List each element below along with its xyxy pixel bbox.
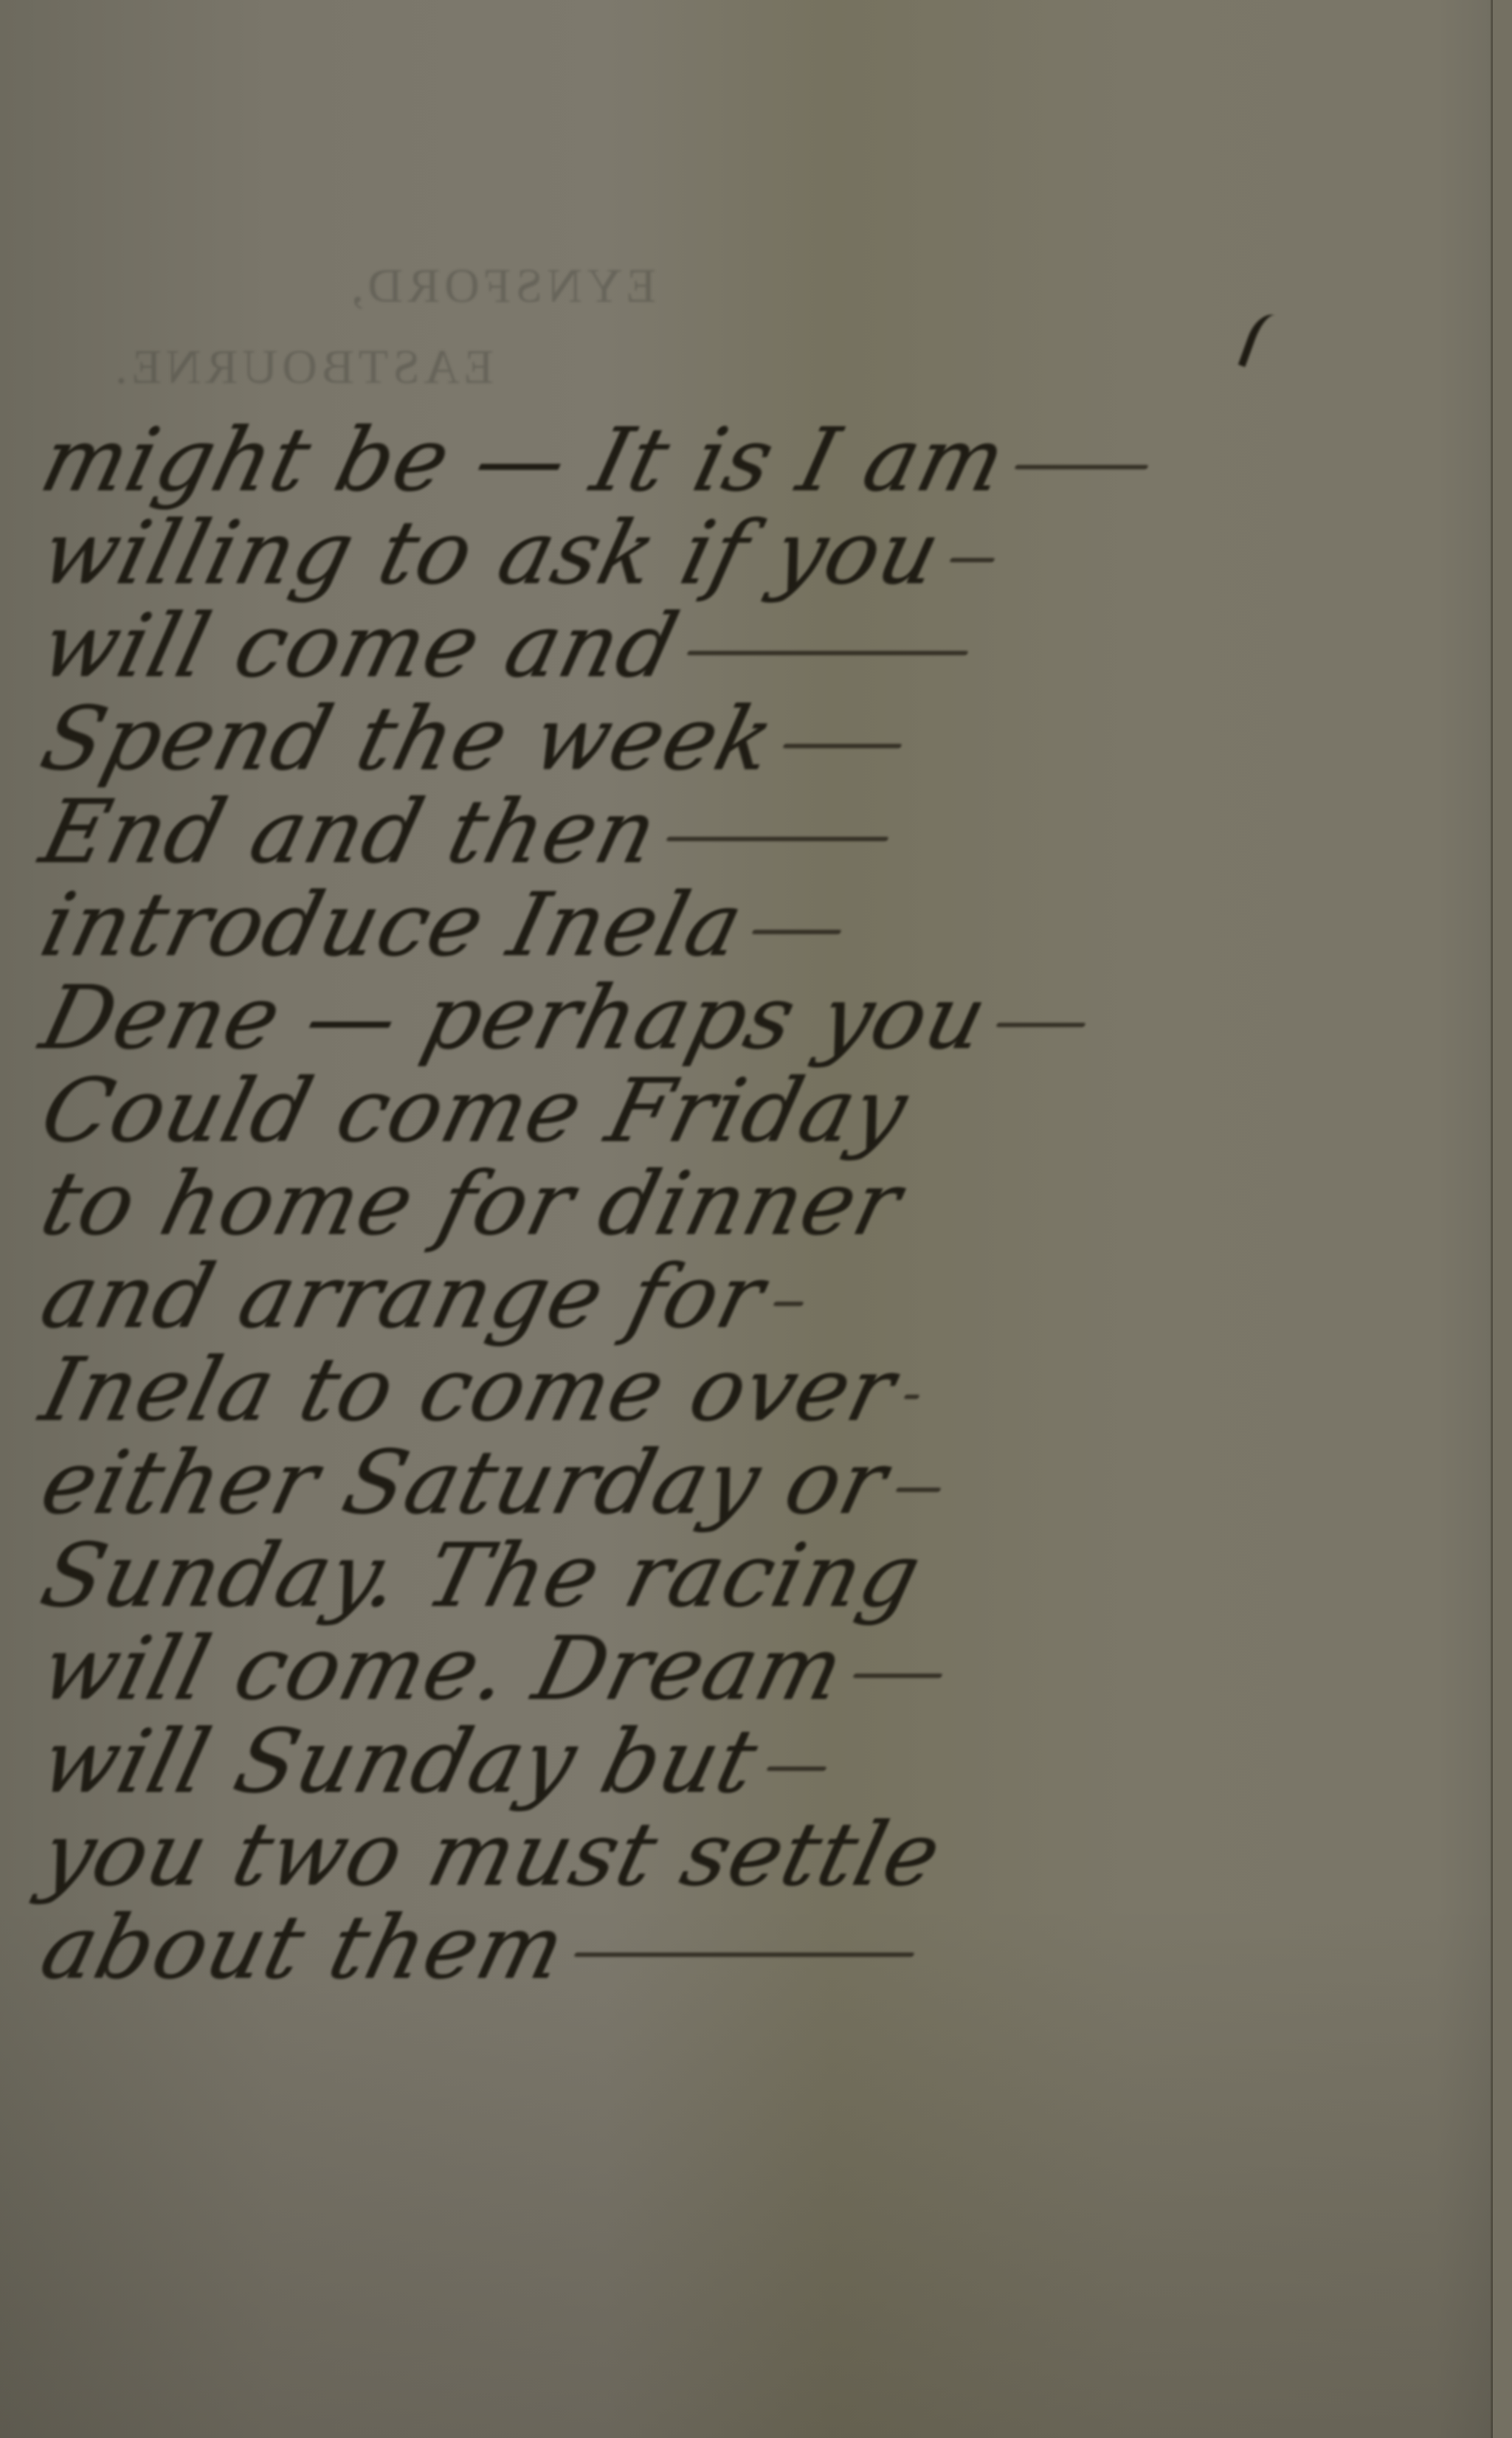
line-flourish	[904, 1395, 919, 1399]
line-text: Could come Friday	[32, 1060, 918, 1161]
handwritten-line: Sunday. The racing	[32, 1529, 1457, 1622]
line-flourish	[766, 1767, 826, 1771]
paper-edge-shade	[1493, 0, 1512, 2438]
line-text: will Sunday but	[32, 1710, 768, 1812]
handwritten-line: Inela to come over	[32, 1343, 1457, 1436]
handwritten-text-block: might be — It is I am willing to ask if …	[44, 413, 1446, 1994]
handwritten-line: introduce Inela	[32, 878, 1457, 971]
line-text: Spend the week	[32, 688, 785, 790]
line-flourish	[1015, 465, 1148, 469]
handwritten-line: Dene — perhaps you	[32, 971, 1457, 1064]
line-text: you two must settle	[32, 1803, 952, 1905]
line-flourish	[949, 558, 994, 562]
line-flourish	[995, 1023, 1085, 1027]
line-text: might be — It is I am	[32, 409, 1017, 511]
line-text: will come and	[32, 595, 688, 697]
line-flourish	[687, 651, 968, 655]
line-text: about them	[32, 1896, 576, 1998]
letterhead-showthrough-city: EASTBOURNE.	[111, 339, 494, 396]
handwritten-line: about them	[32, 1901, 1457, 1994]
handwritten-line: Could come Friday	[32, 1064, 1457, 1157]
line-flourish	[783, 744, 902, 748]
line-text: introduce Inela	[32, 874, 754, 975]
handwritten-line: will come and	[32, 599, 1457, 692]
line-flourish	[752, 930, 841, 934]
line-text: Inela to come over	[32, 1339, 906, 1440]
line-text: either Saturday or	[32, 1432, 898, 1533]
line-flourish	[666, 837, 888, 841]
line-text: Sunday. The racing	[32, 1524, 931, 1626]
handwritten-line: might be — It is I am	[32, 413, 1457, 506]
handwritten-line: Spend the week	[32, 692, 1457, 785]
line-text: End and then	[32, 781, 668, 883]
handwritten-line: and arrange for	[32, 1250, 1457, 1343]
handwritten-line: to home for dinner	[32, 1157, 1457, 1250]
line-flourish	[574, 1952, 914, 1957]
handwritten-line: will Sunday but	[32, 1715, 1457, 1808]
handwritten-line: End and then	[32, 785, 1457, 878]
line-text: and arrange for	[32, 1246, 775, 1347]
line-flourish	[896, 1488, 941, 1492]
ink-flourish-mark	[1238, 309, 1293, 377]
handwritten-line: either Saturday or	[32, 1436, 1457, 1529]
line-flourish	[852, 1674, 942, 1678]
handwritten-line: you two must settle	[32, 1808, 1457, 1901]
letter-paper: EYNSFORD, EASTBOURNE. might be — It is I…	[0, 0, 1512, 2438]
line-text: will come. Dream	[32, 1617, 855, 1719]
handwritten-line: will come. Dream	[32, 1622, 1457, 1715]
line-flourish	[773, 1302, 804, 1306]
line-text: to home for dinner	[32, 1153, 912, 1254]
letterhead-showthrough-town: EYNSFORD,	[347, 258, 656, 314]
line-text: Dene — perhaps you	[32, 967, 998, 1068]
handwritten-line: willing to ask if you	[32, 506, 1457, 599]
line-text: willing to ask if you	[32, 502, 951, 604]
